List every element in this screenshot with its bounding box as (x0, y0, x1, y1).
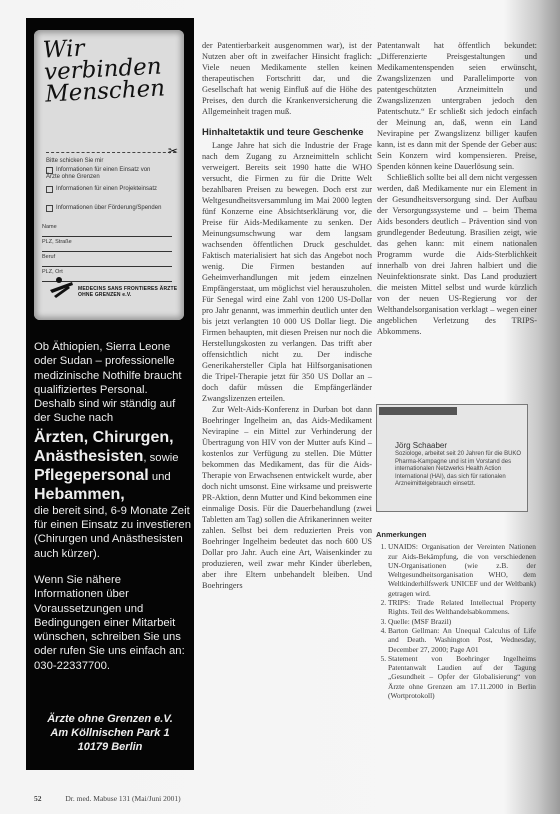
paragraph: Lange Jahre hat sich die Industrie der F… (202, 140, 372, 404)
author-photo-strip (379, 407, 457, 415)
footnote: Quelle: (MSF Brazil) (388, 617, 536, 626)
page-number: 52 (34, 794, 42, 803)
msf-logo-icon (48, 276, 74, 298)
page-footer: 52 Dr. med. Mabuse 131 (Mai/Juni 2001) (34, 794, 181, 803)
ad-body: Ob Äthiopien, Sierra Leone oder Sudan – … (34, 340, 192, 685)
ad-intro: Ob Äthiopien, Sierra Leone oder Sudan – … (34, 340, 192, 426)
footnote: UNAIDS: Organisation der Vereinten Natio… (388, 542, 536, 598)
footnote: TRIPS: Trade Related Intellectual Proper… (388, 598, 536, 617)
coupon-field-name[interactable]: Name (42, 224, 172, 237)
ad-address: Ärzte ohne Grenzen e.V. Am Köllnischen P… (26, 712, 194, 754)
journal-citation: Dr. med. Mabuse 131 (Mai/Juni 2001) (65, 794, 180, 803)
coupon-field-street[interactable]: PLZ, Straße (42, 239, 172, 252)
paragraph: der Patentierbarkeit ausgenommen war), i… (202, 40, 372, 117)
paragraph: Zur Welt-Aids-Konferenz in Durban bot da… (202, 404, 372, 591)
article-column-2: der Patentierbarkeit ausgenommen war), i… (202, 40, 372, 591)
checkbox-icon[interactable] (46, 167, 53, 174)
paragraph: Schließlich sollte bei all dem nicht ver… (377, 172, 537, 337)
author-name: Jörg Schaaber (395, 441, 447, 450)
paragraph: Patentanwalt hat öffentlich bekundet: „D… (377, 40, 537, 172)
scissors-icon: ✂ (168, 144, 178, 158)
coupon-title: Bitte schicken Sie mir (46, 158, 103, 164)
ad-availability: die bereit sind, 6-9 Monate Zeit für ein… (34, 504, 192, 561)
author-box: Jörg Schaaber Soziologe, arbeitet seit 2… (376, 404, 528, 512)
ad-headline: Wir verbinden Menschen (42, 32, 185, 105)
section-heading: Hinhaltetaktik und teure Geschenke (202, 127, 372, 138)
msf-advertisement: Wir verbinden Menschen ✂ Bitte schicken … (26, 18, 194, 770)
footnote: Barton Gellman: An Unequal Calculus of L… (388, 626, 536, 654)
msf-logo-text: MEDECINS SANS FRONTIERES ÄRZTE OHNE GREN… (78, 286, 184, 298)
coupon-option[interactable]: Informationen für einen Einsatz von Ärzt… (46, 167, 166, 181)
cut-line (46, 152, 176, 153)
coupon-card: Wir verbinden Menschen ✂ Bitte schicken … (34, 30, 184, 320)
magazine-page: Wir verbinden Menschen ✂ Bitte schicken … (0, 0, 560, 814)
footnote: Statement von Boehringer Ingelheims Pate… (388, 654, 536, 700)
footnotes: Anmerkungen UNAIDS: Organisation der Ver… (376, 530, 536, 700)
checkbox-icon[interactable] (46, 186, 53, 193)
ad-professions: Ärzten, Chirurgen, Anästhesisten, sowie … (34, 428, 192, 504)
coupon-option[interactable]: Informationen für einen Projekteinsatz (46, 186, 166, 193)
article-column-3: Patentanwalt hat öffentlich bekundet: „D… (377, 40, 537, 337)
ad-contact: Wenn Sie nähere Informationen über Vorau… (34, 573, 192, 673)
coupon-field-profession[interactable]: Beruf (42, 254, 172, 267)
checkbox-icon[interactable] (46, 205, 53, 212)
footnotes-title: Anmerkungen (376, 530, 536, 539)
coupon-option[interactable]: Informationen über Förderung/Spenden (46, 205, 166, 212)
author-bio: Soziologe, arbeitet seit 20 Jahren für d… (395, 451, 523, 489)
